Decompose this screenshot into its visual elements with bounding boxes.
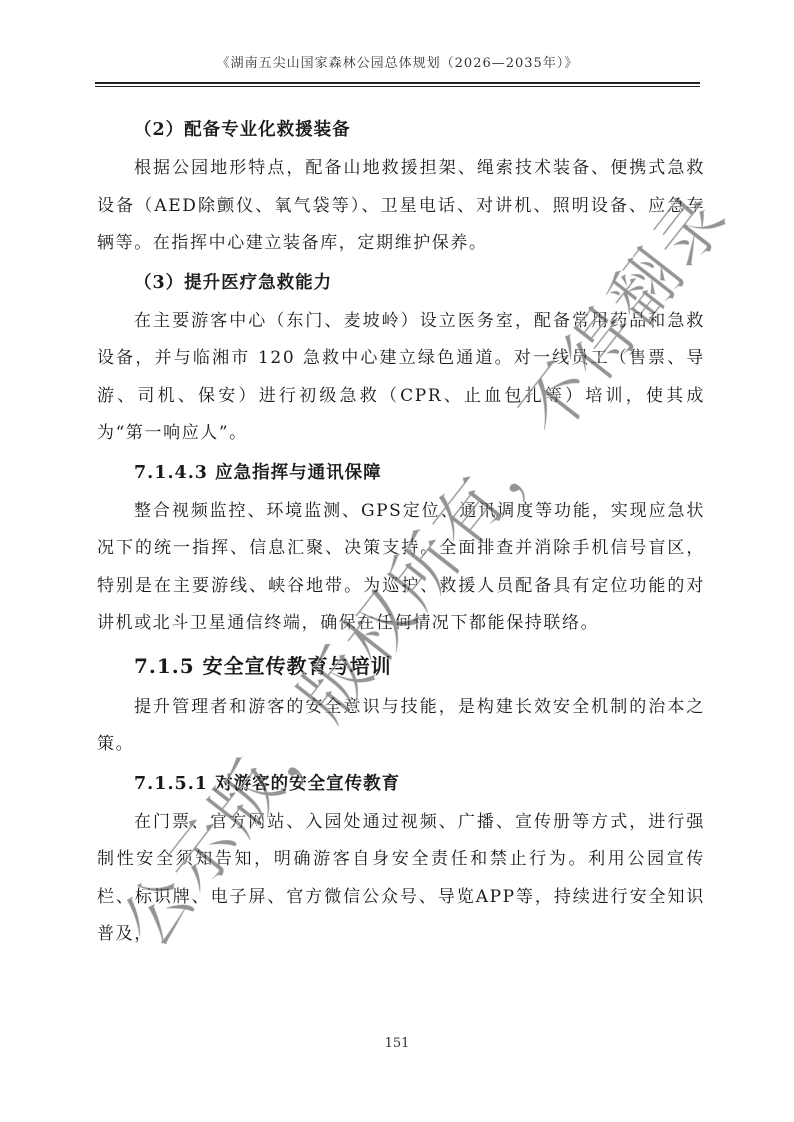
heading-7-1-5: 7.1.5 安全宣传教育与培训 <box>97 643 705 689</box>
running-header: 《湖南五尖山国家森林公园总体规划（2026—2035年）》 <box>95 52 700 71</box>
paragraph-command: 整合视频监控、环境监测、GPS定位、通讯调度等功能，实现应急状况下的统一指挥、信… <box>97 493 705 643</box>
subheading-medical: （3）提升医疗急救能力 <box>97 263 705 303</box>
paragraph-training-intro: 提升管理者和游客的安全意识与技能，是构建长效安全机制的治本之策。 <box>97 689 705 764</box>
paragraph-visitor-education: 在门票、官方网站、入园处通过视频、广播、宣传册等方式，进行强制性安全须知告知，明… <box>97 804 705 954</box>
subheading-equipment: （2）配备专业化救援装备 <box>97 110 705 150</box>
heading-7-1-4-3: 7.1.4.3 应急指挥与通讯保障 <box>97 453 705 493</box>
page-body: （2）配备专业化救援装备 根据公园地形特点，配备山地救援担架、绳索技术装备、便携… <box>97 110 705 954</box>
page-number: 151 <box>0 1036 794 1051</box>
heading-7-1-5-1: 7.1.5.1 对游客的安全宣传教育 <box>97 764 705 804</box>
header-rule <box>95 82 700 84</box>
paragraph-medical: 在主要游客中心（东门、麦坡岭）设立医务室，配备常用药品和急救设备，并与临湘市 1… <box>97 303 705 453</box>
header-rule-thin <box>95 86 700 87</box>
paragraph-equipment: 根据公园地形特点，配备山地救援担架、绳索技术装备、便携式急救设备（AED除颤仪、… <box>97 150 705 263</box>
